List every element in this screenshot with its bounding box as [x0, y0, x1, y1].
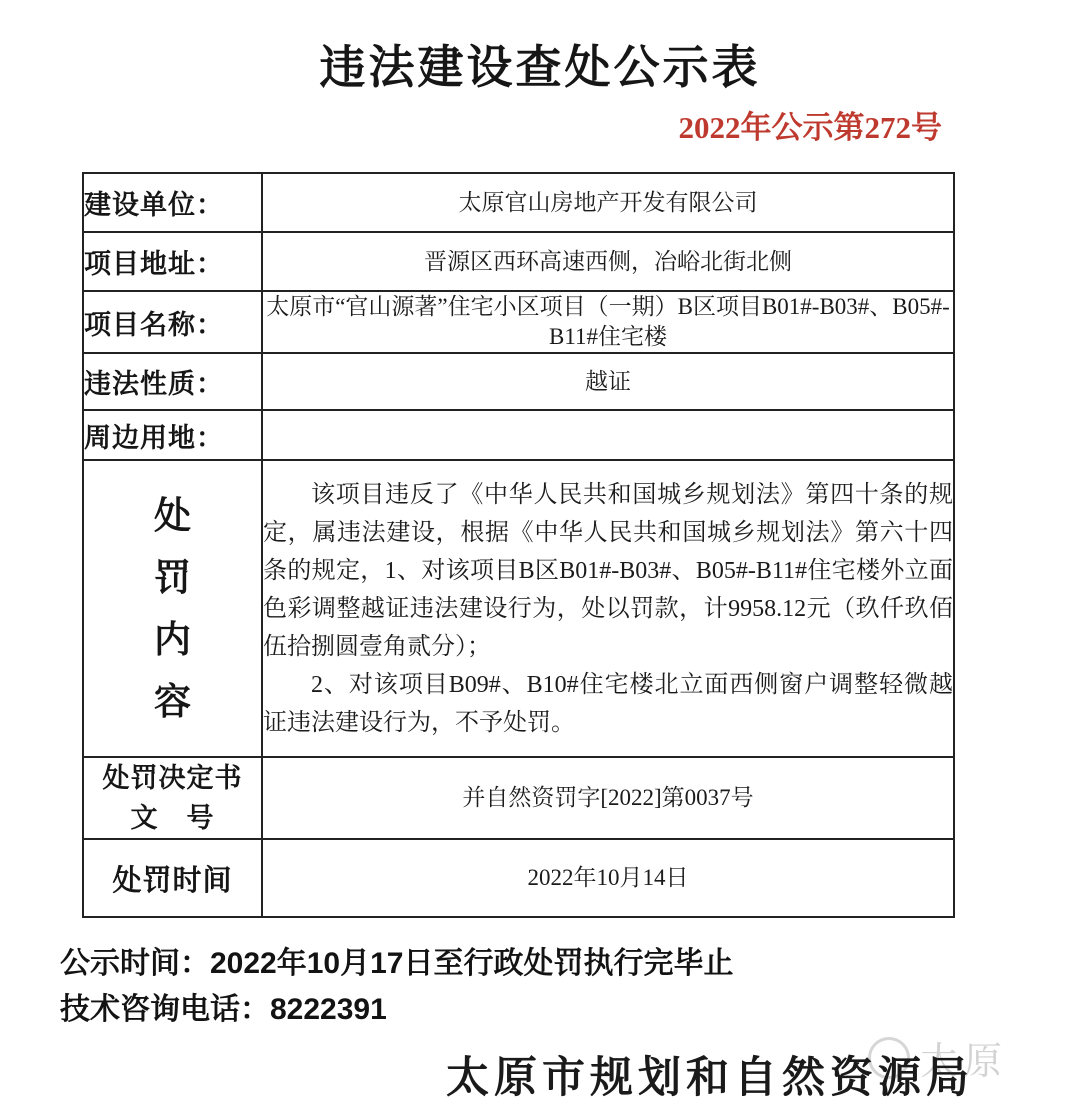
row-label-project-address: 项目地址： — [83, 232, 262, 291]
table-row-surrounding-land: 周边用地： — [83, 410, 954, 460]
row-label-penalty-content: 处 罚 内 容 — [83, 460, 262, 757]
notice-table: 建设单位： 太原官山房地产开发有限公司 项目地址： 晋源区西环高速西侧，冶峪北街… — [82, 172, 955, 918]
row-value-surrounding-land — [262, 410, 954, 460]
row-value-penalty-content: 该项目违反了《中华人民共和国城乡规划法》第四十条的规定，属违法建设，根据《中华人… — [262, 460, 954, 757]
row-label-construction-unit: 建设单位： — [83, 173, 262, 232]
table-row-violation-nature: 违法性质： 越证 — [83, 353, 954, 410]
row-value-construction-unit: 太原官山房地产开发有限公司 — [262, 173, 954, 232]
table-row-penalty-time: 处罚时间 2022年10月14日 — [83, 839, 954, 917]
table-row-construction-unit: 建设单位： 太原官山房地产开发有限公司 — [83, 173, 954, 232]
row-value-penalty-time: 2022年10月14日 — [262, 839, 954, 917]
row-value-violation-nature: 越证 — [262, 353, 954, 410]
row-value-project-name: 太原市“官山源著”住宅小区项目（一期）B区项目B01#-B03#、B05#-B1… — [262, 291, 954, 353]
table-row-penalty-content: 处 罚 内 容 该项目违反了《中华人民共和国城乡规划法》第四十条的规定，属违法建… — [83, 460, 954, 757]
row-value-decision-doc: 并自然资罚字[2022]第0037号 — [262, 757, 954, 839]
row-label-project-name: 项目名称： — [83, 291, 262, 353]
table-row-decision-doc: 处罚决定书 文 号 并自然资罚字[2022]第0037号 — [83, 757, 954, 839]
publicity-period-text: 公示时间：2022年10月17日至行政处罚执行完毕止 — [60, 946, 1080, 982]
consult-phone-text: 技术咨询电话：8222391 — [60, 992, 1080, 1028]
notice-number: 2022年公示第272号 — [0, 110, 1080, 146]
table-row-project-name: 项目名称： 太原市“官山源著”住宅小区项目（一期）B区项目B01#-B03#、B… — [83, 291, 954, 353]
issuing-agency: 太原市规划和自然资源局 — [0, 1044, 1080, 1104]
row-label-decision-doc: 处罚决定书 文 号 — [83, 757, 262, 839]
notice-document: 违法建设查处公示表 2022年公示第272号 建设单位： 太原官山房地产开发有限… — [0, 0, 1080, 1104]
row-label-surrounding-land: 周边用地： — [83, 410, 262, 460]
table-row-project-address: 项目地址： 晋源区西环高速西侧，冶峪北街北侧 — [83, 232, 954, 291]
row-label-penalty-time: 处罚时间 — [83, 839, 262, 917]
row-label-violation-nature: 违法性质： — [83, 353, 262, 410]
page-title: 违法建设查处公示表 — [0, 40, 1080, 94]
row-value-project-address: 晋源区西环高速西侧，冶峪北街北侧 — [262, 232, 954, 291]
penalty-paragraph-1: 该项目违反了《中华人民共和国城乡规划法》第四十条的规定，属违法建设，根据《中华人… — [263, 476, 953, 666]
penalty-paragraph-2: 2、对该项目B09#、B10#住宅楼北立面西侧窗户调整轻微越证违法建设行为，不予… — [263, 666, 953, 742]
